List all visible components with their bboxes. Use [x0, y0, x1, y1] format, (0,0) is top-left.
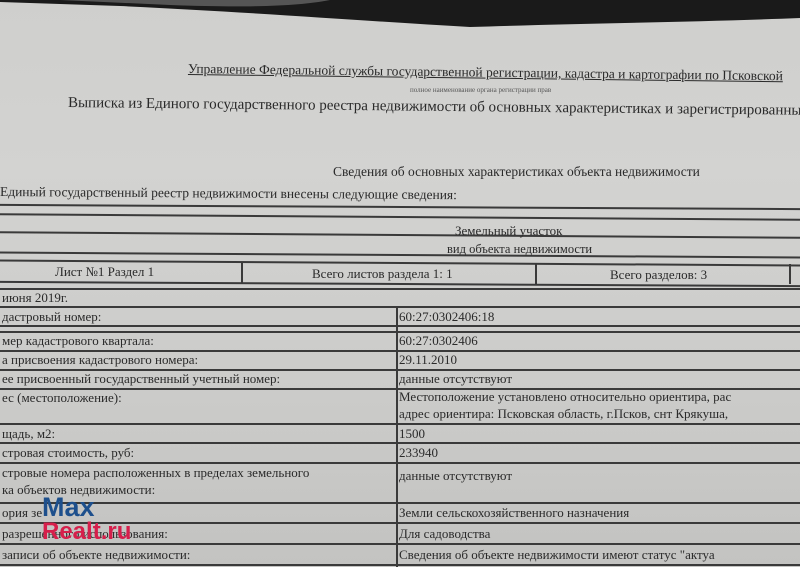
- watermark-logo: Max Realt.ru: [42, 495, 131, 543]
- table-line: [535, 263, 537, 284]
- table-line: [396, 306, 398, 567]
- total-sections: Всего разделов: 3: [610, 267, 707, 283]
- address-line1: Местоположение установлено относительно …: [399, 389, 731, 405]
- row-label: записи об объекте недвижимости:: [2, 547, 190, 563]
- watermark-max: Max: [42, 495, 131, 521]
- object-type: Земельный участок: [455, 223, 563, 239]
- row-label: ория зе: [2, 505, 42, 521]
- table-line: [0, 325, 800, 327]
- land-category: Земли сельскохозяйственного назначения: [399, 505, 629, 521]
- organization-caption: полное наименование органа регистрации п…: [410, 86, 551, 94]
- row-label: а присвоения кадастрового номера:: [2, 352, 198, 368]
- table-line: [0, 231, 800, 239]
- watermark-realt: Realt.ru: [42, 521, 131, 544]
- contained-objects: данные отсутствуют: [399, 468, 512, 484]
- table-line: [0, 252, 800, 259]
- extract-title: Выписка из Единого государственного реес…: [68, 95, 800, 120]
- area-value: 1500: [399, 426, 425, 442]
- document-date: июня 2019г.: [2, 290, 68, 306]
- table-line: [0, 423, 800, 425]
- sheet-number: Лист №1 Раздел 1: [55, 264, 154, 280]
- table-line: [0, 288, 800, 290]
- table-line: [0, 564, 800, 566]
- assignment-date: 29.11.2010: [399, 352, 457, 368]
- intro-text: Единый государственный реестр недвижимос…: [0, 184, 457, 203]
- section-title: Сведения об основных характеристиках объ…: [333, 164, 700, 180]
- document-photo: Управление Федеральной службы государств…: [0, 0, 800, 567]
- cadastral-value: 233940: [399, 445, 438, 461]
- cadastral-quarter: 60:27:0302406: [399, 333, 478, 349]
- row-label: щадь, м2:: [2, 426, 55, 442]
- table-line: [0, 204, 800, 210]
- cadastral-number: 60:27:0302406:18: [399, 309, 494, 325]
- permitted-use: Для садоводства: [399, 526, 490, 542]
- address-line2: адрес ориентира: Псковская область, г.Пс…: [399, 406, 728, 422]
- table-line: [0, 306, 800, 308]
- row-label: мер кадастрового квартала:: [2, 333, 154, 349]
- table-line: [241, 262, 243, 283]
- row-label: ее присвоенный государственный учетный н…: [2, 371, 280, 387]
- previous-number: данные отсутствуют: [399, 371, 512, 387]
- row-label: дастровый номер:: [2, 309, 101, 325]
- organization-name: Управление Федеральной службы государств…: [188, 61, 783, 84]
- record-status: Сведения об объекте недвижимости имеют с…: [399, 547, 715, 563]
- row-label: стровая стоимость, руб:: [2, 445, 134, 461]
- row-label: ес (местоположение):: [2, 390, 122, 406]
- table-line: [789, 264, 791, 284]
- desk-shadow: [0, 0, 800, 40]
- object-type-caption: вид объекта недвижимости: [447, 242, 592, 257]
- table-line: [0, 462, 800, 464]
- table-line: [0, 213, 800, 221]
- table-line: [0, 442, 800, 444]
- total-sheets: Всего листов раздела 1: 1: [312, 266, 453, 282]
- row-label: стровые номера расположенных в пределах …: [2, 465, 309, 481]
